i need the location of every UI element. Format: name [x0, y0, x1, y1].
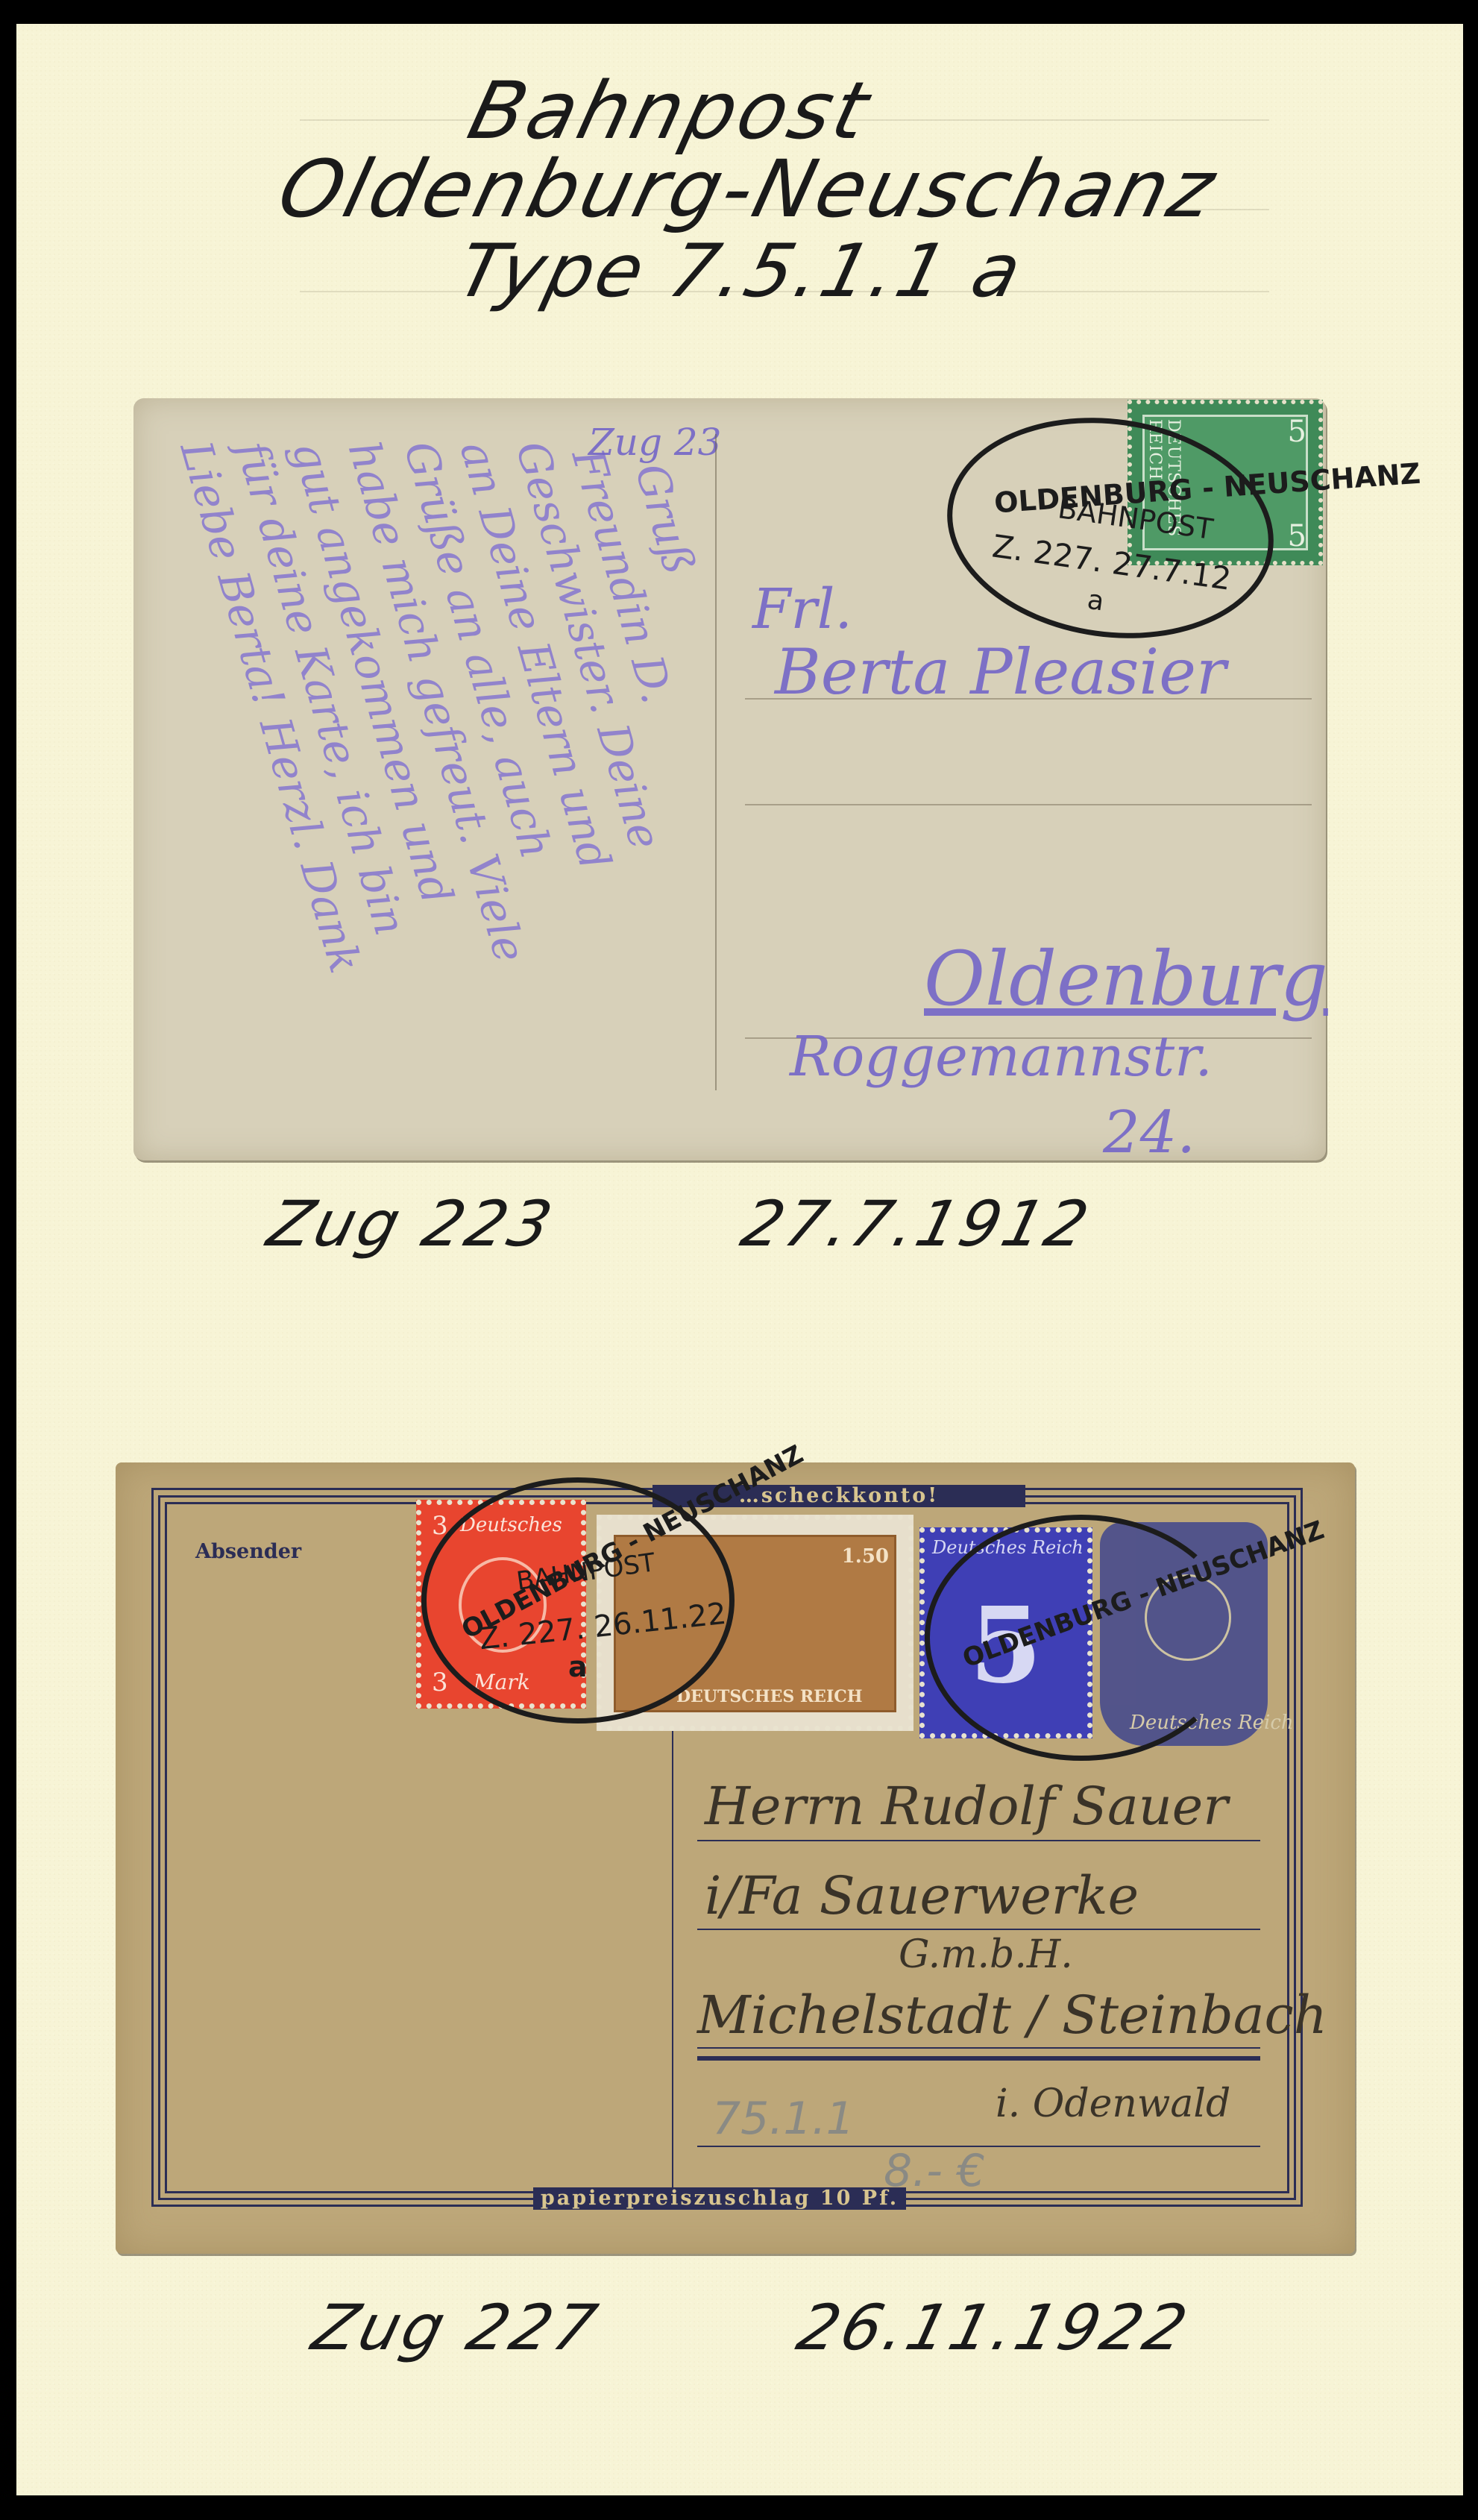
bottom-banner: papierpreiszuschlag 10 Pf. [533, 2187, 906, 2210]
postmark-letter: a [568, 1650, 588, 1683]
address-line [697, 2047, 1260, 2049]
card-divider [672, 1731, 673, 2190]
postmark-round: OLDENBURG - NEUSCHANZ BAHNPOST Z. 227. 2… [421, 1477, 735, 1724]
address-line-2: i/Fa Sauerwerke [705, 1865, 1139, 1926]
page-title-line-2: Oldenburg-Neuschanz [270, 143, 1227, 235]
card-divider [715, 434, 717, 1090]
postmark-route: OLDENBURG - NEUSCHANZ [959, 1515, 1328, 1674]
sender-label: Absender [195, 1540, 301, 1563]
border-line [165, 1502, 167, 2193]
address-line-2b: G.m.b.H. [899, 1932, 1073, 1977]
postmark-round-2: OLDENBURG - NEUSCHANZ [925, 1515, 1238, 1761]
border-line [1287, 1502, 1289, 2193]
stamp-value: 1.50 [842, 1545, 889, 1568]
address-line-3: Michelstadt / Steinbach [697, 1985, 1327, 2046]
caption-date-1: 27.7.1912 [735, 1187, 1098, 1260]
stamp-value: 5 [1288, 519, 1306, 553]
caption-date-2: 26.11.1922 [790, 2291, 1197, 2364]
message-area: Liebe Berta! Herzl. Dank für deine Karte… [148, 428, 700, 1129]
address-line-3: Oldenburg [924, 935, 1328, 1022]
postmark-letter: a [1085, 585, 1106, 618]
pencil-note-price: 8.- € [884, 2145, 985, 2197]
address-line-2: Berta Pleasier [775, 635, 1226, 708]
address-line-1: Herrn Rudolf Sauer [705, 1776, 1228, 1837]
stamp-value: 5 [1288, 415, 1306, 449]
stamp-value: 3 [432, 1668, 448, 1697]
caption-train-1: Zug 223 [261, 1187, 562, 1260]
address-line-5: 24. [1103, 1099, 1195, 1166]
border-line [1294, 1495, 1296, 2200]
address-line [697, 1929, 1260, 1930]
address-line-4: i. Odenwald [996, 2081, 1230, 2126]
address-line-1: Frl. [752, 577, 852, 641]
caption-train-2: Zug 227 [306, 2291, 607, 2364]
address-line-4: Roggemannstr. [790, 1025, 1213, 1089]
address-line [745, 804, 1312, 805]
address-line [697, 1840, 1260, 1841]
postal-card-1922: …scheckkonto! papierpreiszuschlag 10 Pf.… [116, 1462, 1355, 2254]
pencil-note-type: 75.1.1 [712, 2093, 855, 2145]
album-page: Bahnpost Oldenburg-Neuschanz Type 7.5.1.… [16, 24, 1463, 2495]
border-line [158, 1495, 160, 2200]
postcard-1912: Liebe Berta! Herzl. Dank für deine Karte… [133, 398, 1326, 1160]
stamp-country-text: DEUTSCHES REICH [676, 1687, 863, 1706]
border-line [151, 1488, 154, 2207]
message-header: Zug 23 [588, 421, 721, 464]
page-title-line-3: Type 7.5.1.1 a [450, 229, 1032, 314]
border-line [1301, 1488, 1303, 2207]
address-line-thick [697, 2056, 1260, 2061]
